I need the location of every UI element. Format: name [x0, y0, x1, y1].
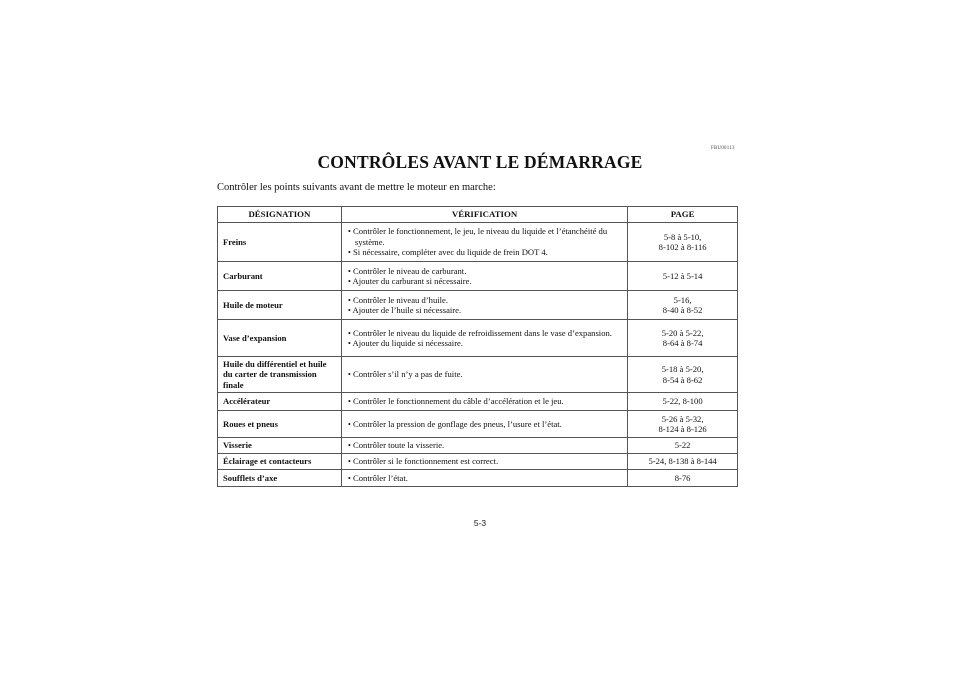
table-row: Huile du différentiel et huile du carter…: [218, 357, 738, 393]
table-row: Visserie• Contrôler toute la visserie.5-…: [218, 438, 738, 454]
designation-cell: Carburant: [218, 262, 342, 291]
table-row: Éclairage et contacteurs• Contrôler si l…: [218, 454, 738, 470]
page-ref: 8-102 à 8-116: [633, 242, 732, 252]
verification-cell: • Contrôler le niveau de carburant.• Ajo…: [341, 262, 627, 291]
intro-text: Contrôler les points suivants avant de m…: [217, 182, 496, 193]
table-row: Soufflets d’axe• Contrôler l’état.8-76: [218, 470, 738, 487]
column-header-designation: DÉSIGNATION: [218, 207, 342, 223]
designation-cell: Soufflets d’axe: [218, 470, 342, 487]
verification-item: • Contrôler toute la visserie.: [347, 440, 622, 450]
page-ref-cell: 8-76: [628, 470, 738, 487]
verification-cell: • Contrôler le fonctionnement du câble d…: [341, 393, 627, 411]
verification-item: • Ajouter de l’huile si nécessaire.: [347, 305, 622, 315]
page-ref: 5-22, 8-100: [633, 396, 732, 406]
table-row: Freins• Contrôler le fonctionnement, le …: [218, 223, 738, 262]
table-row: Roues et pneus• Contrôler la pression de…: [218, 411, 738, 438]
verification-item: • Contrôler le niveau de carburant.: [347, 266, 622, 276]
page-number: 5-3: [0, 518, 960, 528]
verification-item: • Ajouter du carburant si nécessaire.: [347, 276, 622, 286]
verification-cell: • Contrôler si le fonctionnement est cor…: [341, 454, 627, 470]
page-ref: 5-8 à 5-10,: [633, 232, 732, 242]
page-ref: 8-40 à 8-52: [633, 305, 732, 315]
page-ref-cell: 5-20 à 5-22,8-64 à 8-74: [628, 320, 738, 357]
verification-item: • Contrôler la pression de gonflage des …: [347, 419, 622, 429]
verification-cell: • Contrôler s’il n’y a pas de fuite.: [341, 357, 627, 393]
verification-item: • Contrôler l’état.: [347, 473, 622, 483]
table-row: Accélérateur• Contrôler le fonctionnemen…: [218, 393, 738, 411]
page-ref: 5-26 à 5-32,: [633, 414, 732, 424]
verification-cell: • Contrôler l’état.: [341, 470, 627, 487]
page-ref: 8-54 à 8-62: [633, 375, 732, 385]
table-row: Huile de moteur• Contrôler le niveau d’h…: [218, 291, 738, 320]
designation-cell: Huile du différentiel et huile du carter…: [218, 357, 342, 393]
designation-cell: Huile de moteur: [218, 291, 342, 320]
page-ref-cell: 5-12 à 5-14: [628, 262, 738, 291]
verification-item: • Contrôler si le fonctionnement est cor…: [347, 456, 622, 466]
page-ref-cell: 5-22, 8-100: [628, 393, 738, 411]
page-ref: 5-24, 8-138 à 8-144: [633, 456, 732, 466]
verification-item: • Contrôler le fonctionnement du câble d…: [347, 396, 622, 406]
page-ref: 5-12 à 5-14: [633, 271, 732, 281]
column-header-page: PAGE: [628, 207, 738, 223]
column-header-verification: VÉRIFICATION: [341, 207, 627, 223]
page-title: CONTRÔLES AVANT LE DÉMARRAGE: [0, 152, 960, 173]
page-ref: 5-18 à 5-20,: [633, 364, 732, 374]
table-row: Vase d’expansion• Contrôler le niveau du…: [218, 320, 738, 357]
page-ref-cell: 5-26 à 5-32,8-124 à 8-126: [628, 411, 738, 438]
designation-cell: Accélérateur: [218, 393, 342, 411]
designation-cell: Freins: [218, 223, 342, 262]
page-ref-cell: 5-24, 8-138 à 8-144: [628, 454, 738, 470]
pre-start-checks-table: DÉSIGNATION VÉRIFICATION PAGE Freins• Co…: [217, 206, 738, 487]
verification-cell: • Contrôler le niveau d’huile.• Ajouter …: [341, 291, 627, 320]
page-ref: 8-64 à 8-74: [633, 338, 732, 348]
designation-cell: Vase d’expansion: [218, 320, 342, 357]
page-ref: 5-20 à 5-22,: [633, 328, 732, 338]
page-ref-cell: 5-22: [628, 438, 738, 454]
verification-cell: • Contrôler la pression de gonflage des …: [341, 411, 627, 438]
page-ref-cell: 5-8 à 5-10,8-102 à 8-116: [628, 223, 738, 262]
verification-item: • Contrôler le niveau d’huile.: [347, 295, 622, 305]
verification-item: • Contrôler le niveau du liquide de refr…: [347, 328, 622, 338]
reference-code: FBU00113: [711, 146, 735, 151]
table-header-row: DÉSIGNATION VÉRIFICATION PAGE: [218, 207, 738, 223]
page-ref: 5-16,: [633, 295, 732, 305]
page-ref-cell: 5-18 à 5-20,8-54 à 8-62: [628, 357, 738, 393]
page-ref-cell: 5-16,8-40 à 8-52: [628, 291, 738, 320]
verification-cell: • Contrôler toute la visserie.: [341, 438, 627, 454]
designation-cell: Éclairage et contacteurs: [218, 454, 342, 470]
verification-item: • Si nécessaire, compléter avec du liqui…: [347, 247, 622, 257]
table-row: Carburant• Contrôler le niveau de carbur…: [218, 262, 738, 291]
page-ref: 8-76: [633, 473, 732, 483]
designation-cell: Roues et pneus: [218, 411, 342, 438]
verification-cell: • Contrôler le fonctionnement, le jeu, l…: [341, 223, 627, 262]
verification-cell: • Contrôler le niveau du liquide de refr…: [341, 320, 627, 357]
page-ref: 5-22: [633, 440, 732, 450]
verification-item: • Ajouter du liquide si nécessaire.: [347, 338, 622, 348]
verification-item: • Contrôler s’il n’y a pas de fuite.: [347, 369, 622, 379]
page-ref: 8-124 à 8-126: [633, 424, 732, 434]
verification-item: • Contrôler le fonctionnement, le jeu, l…: [347, 226, 622, 247]
designation-cell: Visserie: [218, 438, 342, 454]
